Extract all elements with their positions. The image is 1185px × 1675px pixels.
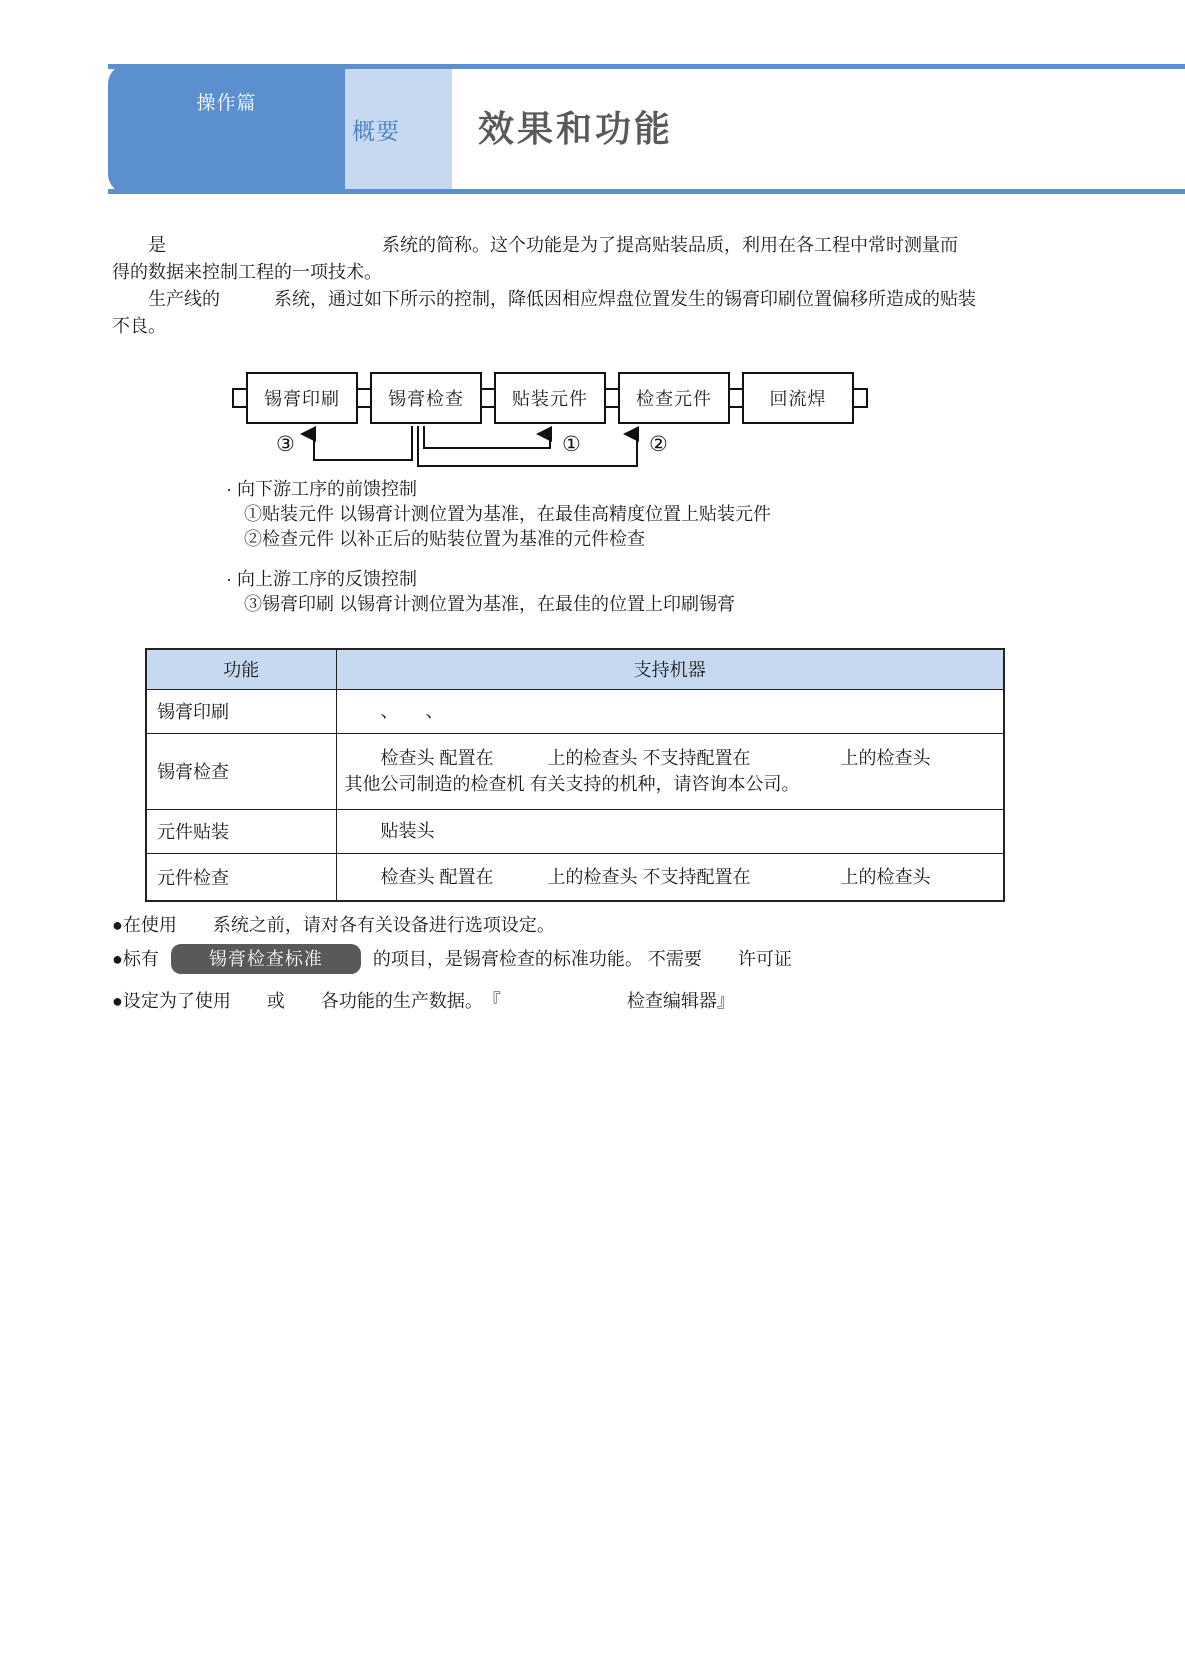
process-box-comp-inspect: 检查元件 bbox=[618, 372, 730, 424]
cell-function: 元件检查 bbox=[146, 853, 336, 901]
process-box-paste-inspect: 锡膏检查 bbox=[370, 372, 482, 424]
col-header-function: 功能 bbox=[146, 649, 336, 689]
col-header-machines: 支持机器 bbox=[336, 649, 1004, 689]
cell-machines: 、 、 bbox=[336, 689, 1004, 733]
process-box-mount: 贴装元件 bbox=[494, 372, 606, 424]
circled-number-3: ③ bbox=[276, 432, 295, 457]
intro-text: 是 系统的简称。这个功能是为了提高贴装品质，利用在各工程中常时测量而 得的数据来… bbox=[112, 232, 1022, 340]
intro-paragraph-1: 是 系统的简称。这个功能是为了提高贴装品质，利用在各工程中常时测量而 得的数据来… bbox=[112, 232, 1022, 286]
chapter-label: 操作篇 bbox=[196, 88, 256, 115]
page-header: 操作篇 概要 效果和功能 bbox=[108, 64, 1185, 194]
table-row: 锡膏检查 检查头 配置在 上的检查头 不支持配置在 上的检查头 其他公司制造的检… bbox=[146, 733, 1004, 809]
footnote-suffix: 的项目，是锡膏检查的标准功能。 不需要 许可证 bbox=[373, 946, 792, 972]
cell-function: 元件贴装 bbox=[146, 809, 336, 853]
solder-inspection-standard-badge: 锡膏检查标准 bbox=[171, 944, 361, 974]
cell-function: 锡膏检查 bbox=[146, 733, 336, 809]
circled-number-2: ② bbox=[649, 432, 668, 457]
process-flow-diagram: 锡膏印刷 锡膏检查 贴装元件 检查元件 回流焊 ③ ① ② bbox=[232, 372, 882, 484]
table-row: 元件贴装 贴装头 bbox=[146, 809, 1004, 853]
footnote-standard-function: ●标有 锡膏检查标准 的项目，是锡膏检查的标准功能。 不需要 许可证 bbox=[112, 942, 792, 976]
table-row: 锡膏印刷 、 、 bbox=[146, 689, 1004, 733]
cell-machines: 检查头 配置在 上的检查头 不支持配置在 上的检查头 bbox=[336, 853, 1004, 901]
footnote-option-setting: ●在使用 系统之前，请对各有关设备进行选项设定。 bbox=[112, 912, 555, 938]
table-row: 元件检查 检查头 配置在 上的检查头 不支持配置在 上的检查头 bbox=[146, 853, 1004, 901]
footnote-editor-reference: ●设定为了使用 或 各功能的生产数据。 『 检查编辑器』 bbox=[112, 988, 735, 1014]
page-title: 效果和功能 bbox=[478, 64, 673, 188]
cell-machines: 贴装头 bbox=[336, 809, 1004, 853]
intro-paragraph-2: 生产线的 系统，通过如下所示的控制，降低因相应焊盘位置发生的锡膏印刷位置偏移所造… bbox=[112, 286, 1022, 340]
cell-machines: 检查头 配置在 上的检查头 不支持配置在 上的检查头 其他公司制造的检查机 有关… bbox=[336, 733, 1004, 809]
cell-function: 锡膏印刷 bbox=[146, 689, 336, 733]
table-header-row: 功能 支持机器 bbox=[146, 649, 1004, 689]
process-box-print: 锡膏印刷 bbox=[246, 372, 358, 424]
process-box-reflow: 回流焊 bbox=[742, 372, 854, 424]
circled-number-1: ① bbox=[562, 432, 581, 457]
footnote-prefix: ●标有 bbox=[112, 946, 159, 972]
chapter-tab: 操作篇 bbox=[108, 64, 345, 194]
function-support-table: 功能 支持机器 锡膏印刷 、 、 锡膏检查 检查头 配置在 上的检查头 不支持配… bbox=[145, 648, 1005, 902]
feedback-note: · 向上游工序的反馈控制 ③锡膏印刷 以锡膏计测位置为基准，在最佳的位置上印刷锡… bbox=[226, 567, 1026, 617]
feedforward-note: · 向下游工序的前馈控制 ①贴装元件 以锡膏计测位置为基准，在最佳高精度位置上贴… bbox=[226, 477, 1026, 552]
section-tab: 概要 bbox=[345, 69, 452, 189]
section-label: 概要 bbox=[345, 113, 400, 146]
